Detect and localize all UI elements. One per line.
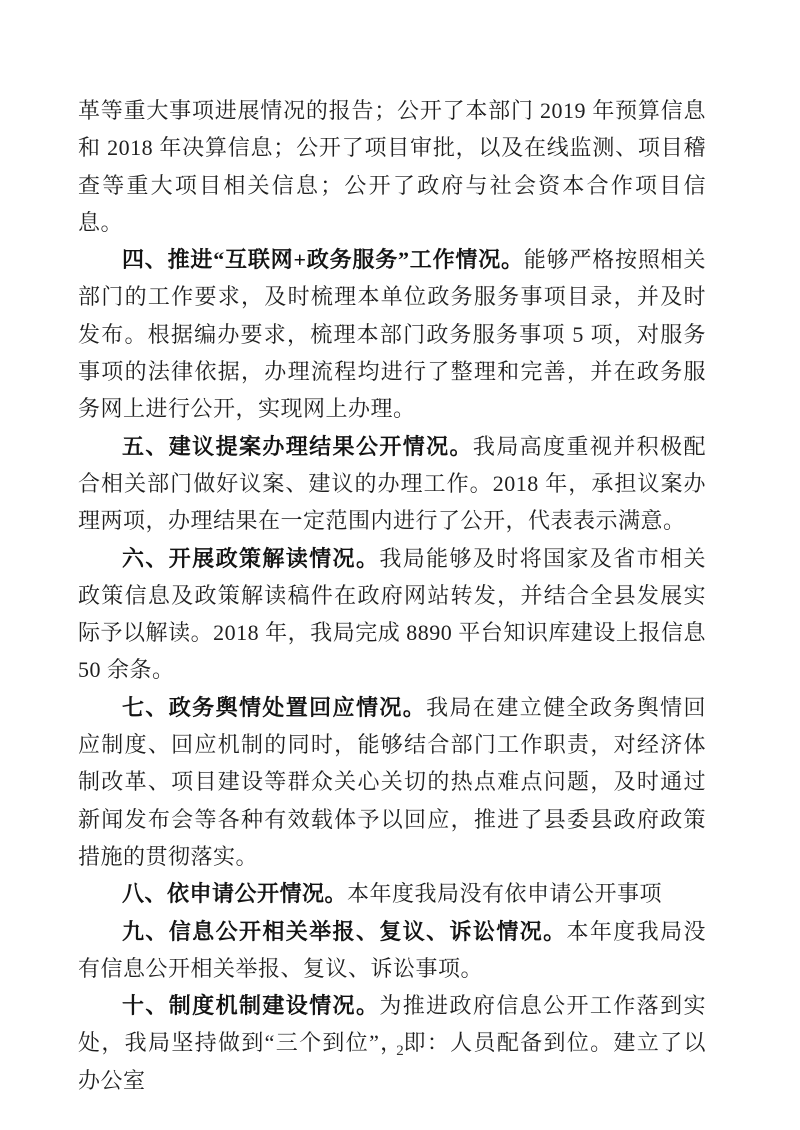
section-4-body: 能够严格按照相关部门的工作要求，及时梳理本单位政务服务事项目录，并及时发布。根据… [78,247,706,421]
section-7-body: 我局在建立健全政务舆情回应制度、回应机制的同时，能够结合部门工作职责，对经济体制… [78,695,706,869]
section-10-heading: 十、制度机制建设情况。 [122,993,379,1018]
section-6-heading: 六、开展政策解读情况。 [122,546,379,571]
paragraph-section-4: 四、推进“互联网+政务服务”工作情况。能够严格按照相关部门的工作要求，及时梳理本… [78,241,706,427]
paragraph-continuation-text: 革等重大事项进展情况的报告；公开了本部门 2019 年预算信息和 2018 年决… [78,98,706,235]
section-5-heading: 五、建议提案办理结果公开情况。 [122,434,473,459]
section-4-heading: 四、推进“互联网+政务服务”工作情况。 [122,247,524,272]
section-7-heading: 七、政务舆情处置回应情况。 [122,695,426,720]
paragraph-continuation: 革等重大事项进展情况的报告；公开了本部门 2019 年预算信息和 2018 年决… [78,92,706,241]
section-8-body: 本年度我局没有依申请公开事项 [347,881,662,906]
document-page: 革等重大事项进展情况的报告；公开了本部门 2019 年预算信息和 2018 年决… [0,0,800,1130]
page-number: 2 [0,1043,800,1060]
paragraph-section-8: 八、依申请公开情况。本年度我局没有依申请公开事项 [78,875,706,912]
section-8-heading: 八、依申请公开情况。 [122,881,347,906]
paragraph-section-7: 七、政务舆情处置回应情况。我局在建立健全政务舆情回应制度、回应机制的同时，能够结… [78,689,706,875]
paragraph-section-6: 六、开展政策解读情况。我局能够及时将国家及省市相关政策信息及政策解读稿件在政府网… [78,540,706,689]
paragraph-section-5: 五、建议提案办理结果公开情况。我局高度重视并积极配合相关部门做好议案、建议的办理… [78,428,706,540]
document-body: 革等重大事项进展情况的报告；公开了本部门 2019 年预算信息和 2018 年决… [78,92,706,1099]
section-9-heading: 九、信息公开相关举报、复议、诉讼情况。 [122,919,567,944]
paragraph-section-9: 九、信息公开相关举报、复议、诉讼情况。本年度我局没有信息公开相关举报、复议、诉讼… [78,913,706,988]
